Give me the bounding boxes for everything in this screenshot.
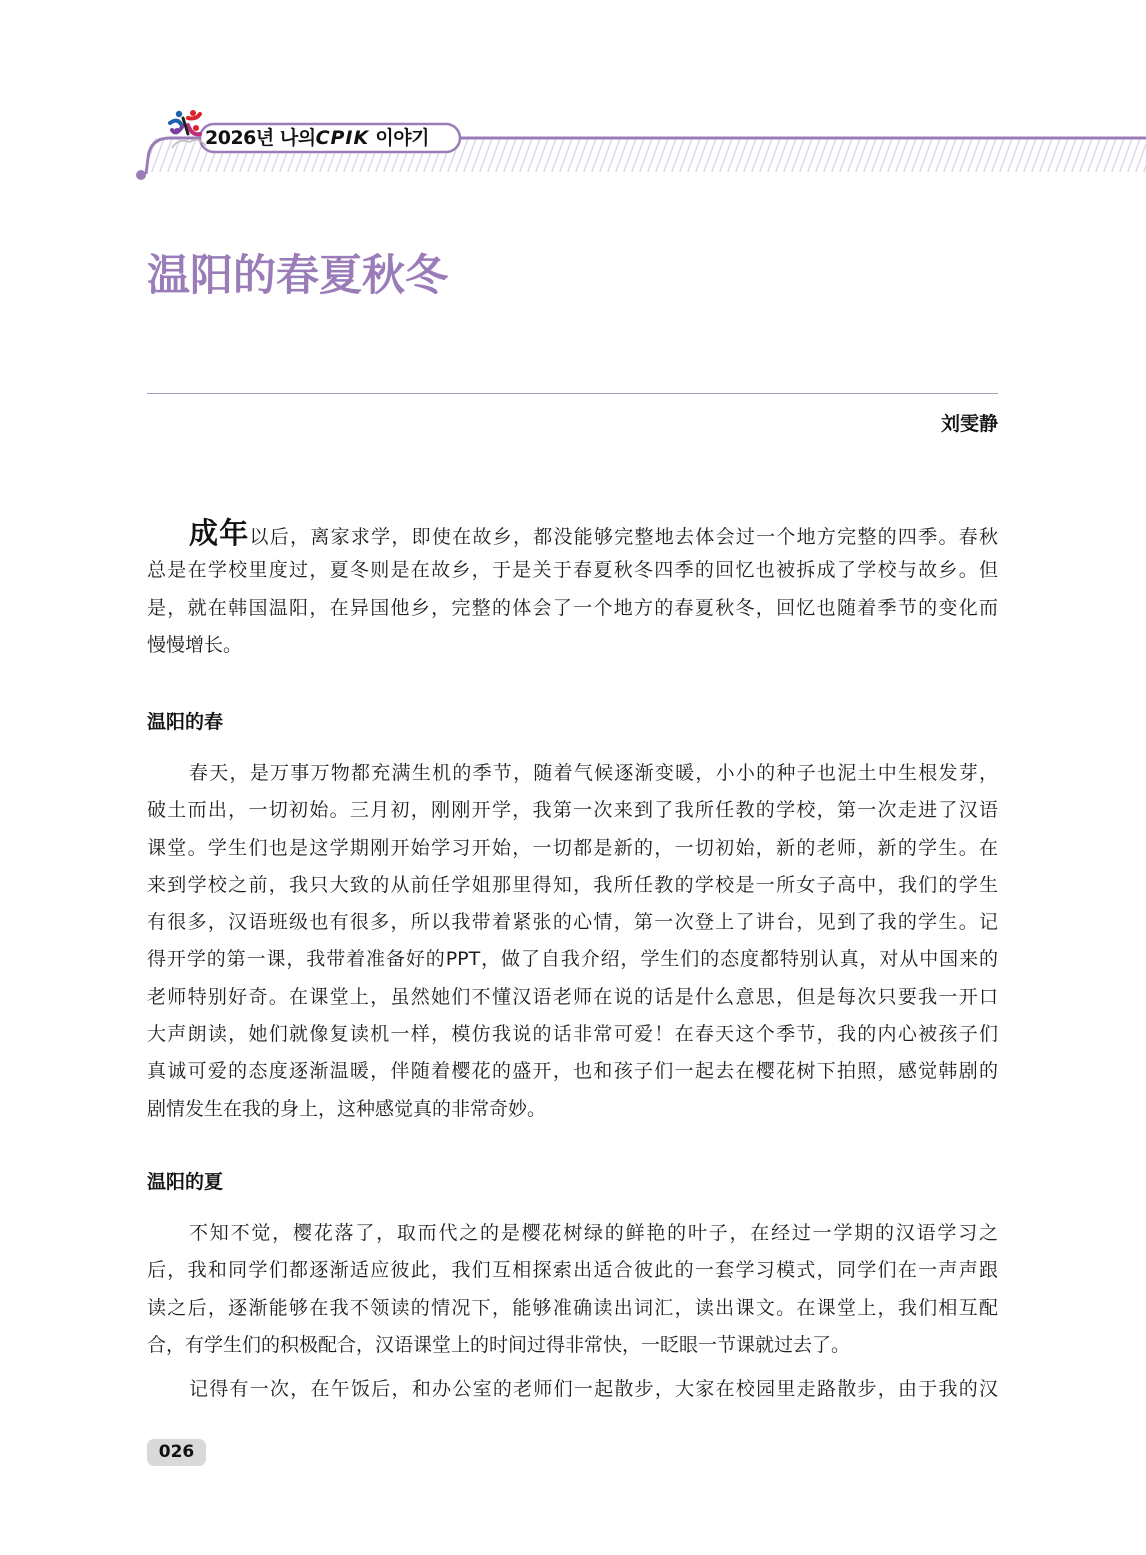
banner-prefix: 2026년 나의 <box>205 127 316 149</box>
paragraph-line: 真诚可爱的态度逐渐温暖，伴随着樱花的盛开，也和孩子们一起去在樱花树下拍照，感觉韩… <box>147 1053 998 1090</box>
paragraph-line: 总是在学校里度过，夏冬则是在故乡，于是关于春夏秋冬四季的回忆也被拆成了学校与故乡… <box>147 552 998 589</box>
paragraph-line: 课堂。学生们也是这学期刚开始学习开始，一切都是新的，一切初始，新的老师，新的学生… <box>147 830 998 867</box>
paragraph-line: 慢慢增长。 <box>147 627 998 664</box>
banner-brand: CPIK <box>316 127 370 149</box>
banner-title: 2026년 나의CPIK 이야기 <box>205 124 429 152</box>
paragraph-line: 读之后，逐渐能够在我不领读的情况下，能够准确读出词汇，读出课文。在课堂上，我们相… <box>147 1290 998 1327</box>
section-heading-summer: 温阳的夏 <box>147 1168 223 1196</box>
paragraph-line: 老师特别好奇。在课堂上，虽然她们不懂汉语老师在说的话是什么意思，但是每次只要我一… <box>147 979 998 1016</box>
paragraph-line: 合，有学生们的积极配合，汉语课堂上的时间过得非常快，一眨眼一节课就过去了。 <box>147 1327 998 1364</box>
paragraph-line: 不知不觉，樱花落了，取而代之的是樱花树绿的鲜艳的叶子，在经过一学期的汉语学习之 <box>147 1215 998 1252</box>
title-divider <box>147 393 998 394</box>
cpik-logo-icon <box>166 108 206 144</box>
intro-paragraph: 成年以后，离家求学，即使在故乡，都没能够完整地去体会过一个地方完整的四季。春秋 … <box>147 515 998 664</box>
section-heading-spring: 温阳的春 <box>147 708 223 736</box>
paragraph-line: 剧情发生在我的身上，这种感觉真的非常奇妙。 <box>147 1091 998 1128</box>
line-text: 以后，离家求学，即使在故乡，都没能够完整地去体会过一个地方完整的四季。春秋 <box>250 526 998 548</box>
paragraph-line: 是，就在韩国温阳，在异国他乡，完整的体会了一个地方的春夏秋冬，回忆也随着季节的变… <box>147 590 998 627</box>
paragraph-line: 破土而出，一切初始。三月初，刚刚开学，我第一次来到了我所任教的学校，第一次走进了… <box>147 792 998 829</box>
author-name: 刘雯静 <box>941 410 998 438</box>
page-number: 026 <box>147 1439 206 1466</box>
summer-paragraph-2: 记得有一次，在午饭后，和办公室的老师们一起散步，大家在校园里走路散步，由于我的汉 <box>147 1371 998 1408</box>
paragraph-line: 得开学的第一课，我带着准备好的PPT，做了自我介绍，学生们的态度都特别认真，对从… <box>147 941 998 978</box>
paragraph-line: 后，我和同学们都逐渐适应彼此，我们互相探索出适合彼此的一套学习模式，同学们在一声… <box>147 1252 998 1289</box>
paragraph-line: 大声朗读，她们就像复读机一样，模仿我说的话非常可爱！在春天这个季节，我的内心被孩… <box>147 1016 998 1053</box>
spring-paragraph: 春天，是万事万物都充满生机的季节，随着气候逐渐变暖，小小的种子也泥土中生根发芽，… <box>147 755 998 1128</box>
paragraph-line: 春天，是万事万物都充满生机的季节，随着气候逐渐变暖，小小的种子也泥土中生根发芽， <box>147 755 998 792</box>
paragraph-line: 有很多，汉语班级也有很多，所以我带着紧张的心情，第一次登上了讲台，见到了我的学生… <box>147 904 998 941</box>
paragraph-line: 记得有一次，在午饭后，和办公室的老师们一起散步，大家在校园里走路散步，由于我的汉 <box>147 1371 998 1408</box>
series-banner <box>0 100 1146 190</box>
drop-cap: 成年 <box>189 516 250 550</box>
summer-paragraph-1: 不知不觉，樱花落了，取而代之的是樱花树绿的鲜艳的叶子，在经过一学期的汉语学习之 … <box>147 1215 998 1364</box>
banner-suffix: 이야기 <box>375 127 429 149</box>
article-title: 温阳的春夏秋冬 <box>147 248 448 304</box>
paragraph-line: 成年以后，离家求学，即使在故乡，都没能够完整地去体会过一个地方完整的四季。春秋 <box>147 515 998 552</box>
paragraph-line: 来到学校之前，我只大致的从前任学姐那里得知，我所任教的学校是一所女子高中，我们的… <box>147 867 998 904</box>
